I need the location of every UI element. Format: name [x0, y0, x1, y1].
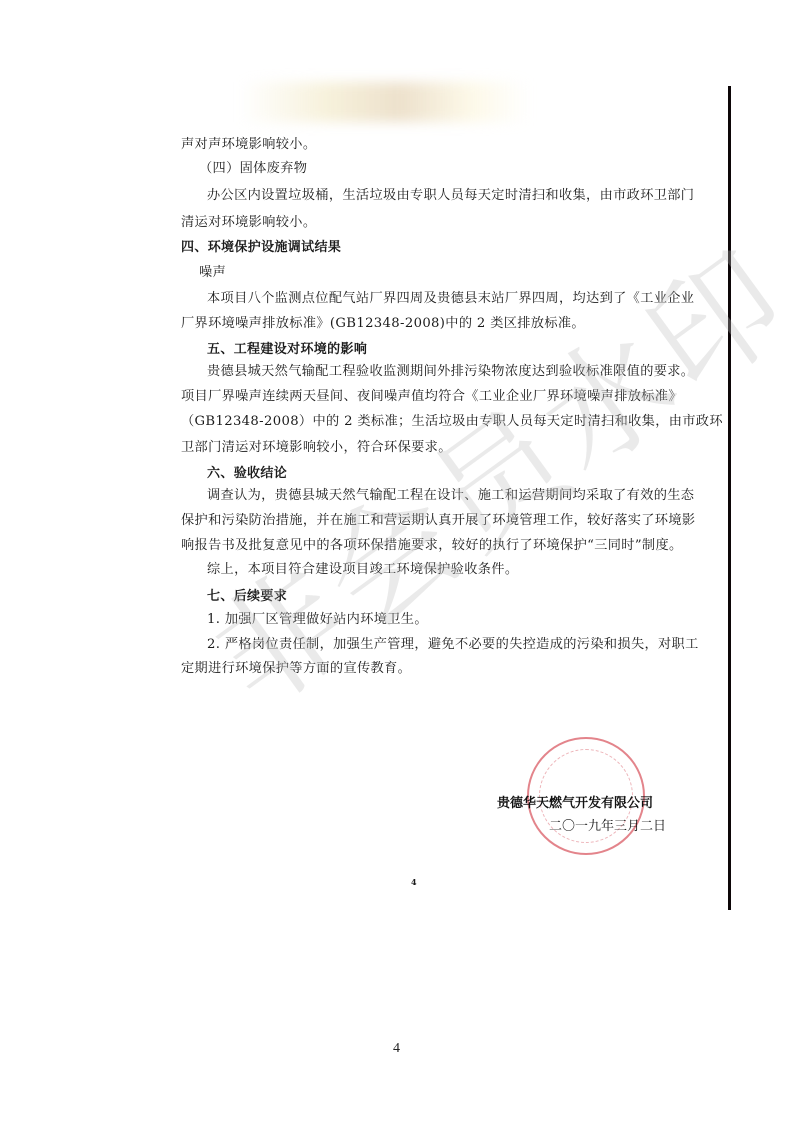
paragraph-line: 定期进行环境保护等方面的宣传教育。: [181, 657, 411, 676]
paragraph-line: 调查认为，贵德县城天然气输配工程在设计、施工和运营期间均采取了有效的生态: [207, 484, 694, 503]
subsection-heading: 噪声: [199, 261, 226, 280]
paragraph-line: 办公区内设置垃圾桶，生活垃圾由专职人员每天定时清扫和收集，由市政环卫部门: [207, 184, 694, 203]
paragraph-line: （GB12348-2008）中的 2 类标准；生活垃圾由专职人员每天定时清扫和收…: [181, 410, 723, 429]
section-heading: 五、工程建设对环境的影响: [207, 338, 367, 357]
paragraph-line: 综上，本项目符合建设项目竣工环境保护验收条件。: [207, 558, 518, 577]
section-heading: 七、后续要求: [207, 585, 287, 604]
section-heading: 四、环境保护设施调试结果: [181, 236, 341, 255]
page-number: 4: [393, 1041, 400, 1057]
paragraph-line: 1. 加强厂区管理做好站内环境卫生。: [207, 608, 428, 627]
paragraph-line: 项目厂界噪声连续两天昼间、夜间噪声值均符合《工业企业厂界环境噪声排放标准》: [181, 385, 682, 404]
paragraph-line: 2. 严格岗位责任制，加强生产管理，避免不必要的失控造成的污染和损失，对职工: [207, 633, 699, 652]
paragraph-line: 厂界环境噪声排放标准》(GB12348-2008)中的 2 类区排放标准。: [181, 312, 585, 331]
subsection-heading: （四）固体废弃物: [199, 157, 307, 176]
signature-date: 二〇一九年三月二日: [549, 815, 666, 834]
paragraph-line: 卫部门清运对环境影响较小，符合环保要求。: [181, 436, 452, 455]
inner-page-number: 4: [411, 877, 417, 887]
paragraph-line: 贵德县城天然气输配工程验收监测期间外排污染物浓度达到验收标准限值的要求。: [207, 360, 694, 379]
scan-smudge: [240, 82, 530, 122]
scan-edge-line: [728, 86, 731, 910]
paragraph-line: 本项目八个监测点位配气站厂界四周及贵德县末站厂界四周，均达到了《工业企业: [207, 287, 694, 306]
section-heading: 六、验收结论: [207, 462, 287, 481]
signature-company: 贵德华天燃气开发有限公司: [497, 792, 653, 811]
paragraph-line: 响报告书及批复意见中的各项环保措施要求，较好的执行了环境保护“三同时”制度。: [181, 534, 683, 553]
paragraph-line: 保护和污染防治措施，并在施工和营运期认真开展了环境管理工作，较好落实了环境影: [181, 509, 695, 528]
paragraph-line: 清运对环境影响较小。: [181, 211, 316, 230]
paragraph-line: 声对声环境影响较小。: [181, 133, 316, 152]
